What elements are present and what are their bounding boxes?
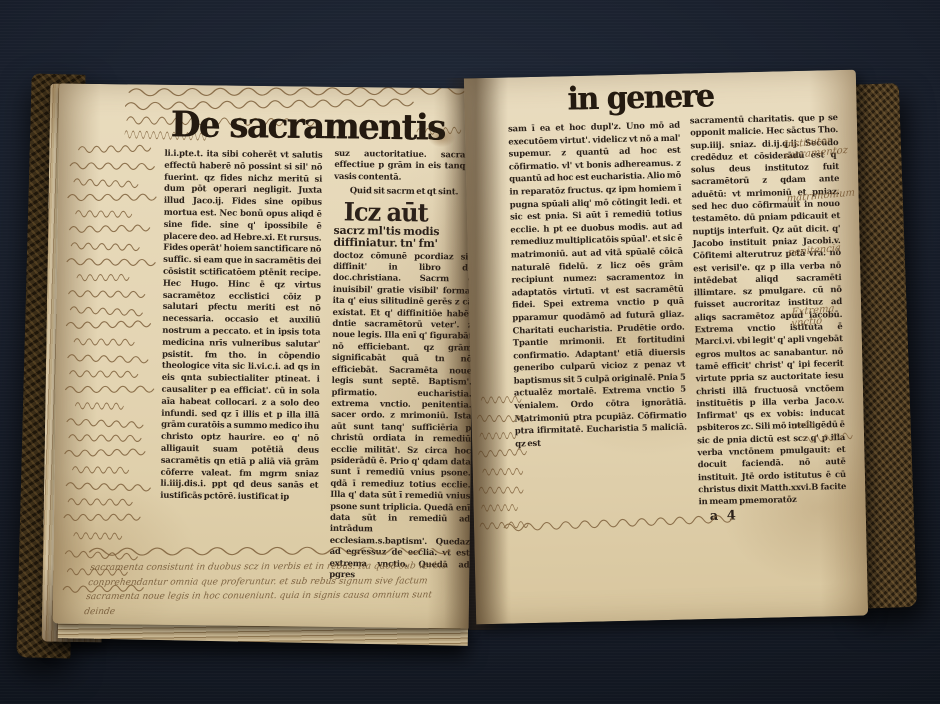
- left-running-title: De sacramentis: [171, 104, 445, 149]
- handwriting-squiggles-left-margin: [59, 142, 163, 609]
- left-page-column-2: suz auctoritatiue. sacrato effectiue p g…: [329, 149, 474, 583]
- marginalia-line: sacramenta consistunt in duobus scz in v…: [89, 559, 463, 575]
- column-2-intro: suz auctoritatiue. sacrato effectiue p g…: [334, 149, 474, 185]
- handwriting-squiggle-ordo: [802, 432, 862, 445]
- marginalia-line: sacramenta noue legis in hoc conueniunt.…: [83, 588, 459, 619]
- gothic-incipit: Icz aūt: [344, 199, 474, 226]
- bottom-marginalia: sacramenta consistunt in duobus scz in v…: [83, 559, 463, 619]
- right-running-title: in genere: [567, 78, 714, 118]
- right-page: in genere sam ī ea et hoc dupl'z. Uno mō…: [464, 70, 868, 625]
- left-page-column-1: li.i.pte.t. ita sibi coherēt vt salutis …: [160, 149, 322, 505]
- photo-open-incunable-book: De sacramentis: [0, 0, 940, 704]
- column-2-body: doctoz cōmunē pcordiaz sic diffinit' in …: [329, 250, 473, 582]
- margin-note-extrema-vnctio: Extrema vnctio: [791, 301, 855, 329]
- left-page: De sacramentis: [53, 83, 476, 628]
- incipit-subline: sacrz ml'tis modis diffiniatur. tn' fm': [333, 224, 473, 250]
